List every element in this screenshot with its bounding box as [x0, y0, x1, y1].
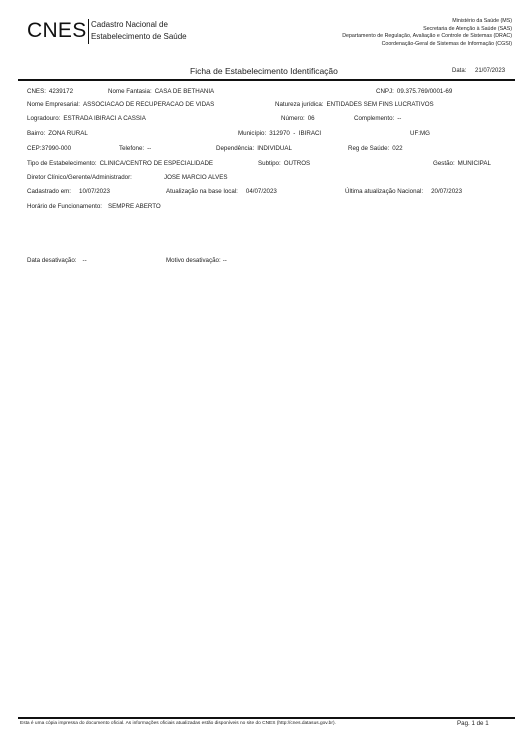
field-ultima-atualizacao: Última atualização Nacional:20/07/2023: [345, 188, 462, 195]
field-value: --: [83, 257, 87, 264]
field-label: Telefone:: [119, 145, 144, 152]
field-cadastrado-em: Cadastrado em:10/07/2023: [27, 188, 110, 195]
field-bairro: Bairro:ZONA RURAL: [27, 130, 88, 137]
field-label: Logradouro:: [27, 115, 60, 122]
field-label: CEP:: [27, 145, 41, 152]
field-value: --: [223, 257, 227, 264]
field-diretor: Diretor Clínico/Gerente/Administrador:: [27, 174, 132, 181]
field-complemento: Complemento:--: [354, 115, 401, 122]
field-label: Atualização na base local:: [166, 188, 238, 195]
field-label: Nome Fantasia:: [108, 88, 152, 95]
logo-divider: [88, 19, 89, 44]
field-natureza-juridica: Natureza jurídica:ENTIDADES SEM FINS LUC…: [275, 101, 434, 108]
field-nome-empresarial: Nome Empresarial:ASSOCIACAO DE RECUPERAC…: [27, 101, 214, 108]
field-motivo-desativacao: Motivo desativação:--: [166, 257, 227, 264]
date-label: Data:: [452, 68, 466, 74]
field-label: CNES:: [27, 88, 46, 95]
field-diretor-value: JOSE MARCIO ALVES: [164, 174, 228, 181]
field-label: Bairro:: [27, 130, 45, 137]
field-municipio: Município:312970 - IBIRACI: [238, 130, 321, 137]
logo-subtitle: Cadastro Nacional de Estabelecimento de …: [91, 19, 187, 43]
field-label: Número:: [281, 115, 305, 122]
ministry-line: Coordenação-Geral de Sistemas de Informa…: [342, 41, 512, 49]
field-value: 37990-000: [41, 145, 71, 152]
field-atualizacao-local: Atualização na base local:04/07/2023: [166, 188, 277, 195]
footer-note: Esta é uma cópia impressa do documento o…: [20, 721, 336, 726]
field-value: --: [397, 115, 401, 122]
field-cnes: CNES:4239172: [27, 88, 73, 95]
field-label: Última atualização Nacional:: [345, 188, 423, 195]
document-title: Ficha de Estabelecimento Identificação: [190, 66, 338, 76]
ministry-line: Departamento de Regulação, Avaliação e C…: [342, 33, 512, 41]
field-cep: CEP:37990-000: [27, 145, 71, 152]
field-gestao: Gestão:MUNICIPAL: [433, 160, 491, 167]
field-label: Horário de Funcionamento:: [27, 203, 102, 210]
field-logradouro: Logradouro:ESTRADA IBIRACI A CASSIA: [27, 115, 146, 122]
date-value: 21/07/2023: [475, 68, 505, 74]
field-label: Subtipo:: [258, 160, 281, 167]
field-value: JOSE MARCIO ALVES: [164, 174, 228, 181]
field-value: 312970 - IBIRACI: [269, 130, 321, 137]
field-value: ENTIDADES SEM FINS LUCRATIVOS: [327, 101, 434, 108]
field-data-desativacao: Data desativação:--: [27, 257, 87, 264]
field-value: 022: [392, 145, 402, 152]
field-label: Município:: [238, 130, 266, 137]
field-label: Nome Empresarial:: [27, 101, 80, 108]
bottom-divider: [18, 717, 515, 719]
field-value: MG: [420, 130, 430, 137]
ministry-line: Secretaria de Atenção à Saúde (SAS): [342, 26, 512, 34]
field-cnpj: CNPJ:09.375.769/0001-69: [376, 88, 452, 95]
field-value: 20/07/2023: [431, 188, 462, 195]
field-value: 10/07/2023: [79, 188, 110, 195]
field-label: Tipo de Estabelecimento:: [27, 160, 97, 167]
field-value: ESTRADA IBIRACI A CASSIA: [63, 115, 146, 122]
field-dependencia: Dependência:INDIVIDUAL: [216, 145, 292, 152]
field-value: ASSOCIACAO DE RECUPERACAO DE VIDAS: [83, 101, 214, 108]
field-label: Natureza jurídica:: [275, 101, 324, 108]
field-label: Diretor Clínico/Gerente/Administrador:: [27, 174, 132, 181]
page-number: Pag. 1 de 1: [457, 720, 489, 727]
field-uf: UF:MG: [410, 130, 430, 137]
field-label: Data desativação:: [27, 257, 77, 264]
field-label: Complemento:: [354, 115, 394, 122]
field-label: UF:: [410, 130, 420, 137]
field-value: --: [147, 145, 151, 152]
field-label: CNPJ:: [376, 88, 394, 95]
field-value: ZONA RURAL: [48, 130, 88, 137]
logo-subtitle-line1: Cadastro Nacional de: [91, 19, 187, 31]
field-label: Gestão:: [433, 160, 455, 167]
field-value: 04/07/2023: [246, 188, 277, 195]
field-numero: Número:06: [281, 115, 315, 122]
field-value: CASA DE BETHANIA: [155, 88, 215, 95]
field-reg-saude: Reg de Saúde:022: [348, 145, 403, 152]
field-label: Motivo desativação:: [166, 257, 221, 264]
field-label: Cadastrado em:: [27, 188, 71, 195]
field-subtipo: Subtipo:OUTROS: [258, 160, 310, 167]
field-horario: Horário de Funcionamento:SEMPRE ABERTO: [27, 203, 161, 210]
field-label: Dependência:: [216, 145, 254, 152]
logo-subtitle-line2: Estabelecimento de Saúde: [91, 31, 187, 43]
field-nome-fantasia: Nome Fantasia:CASA DE BETHANIA: [108, 88, 214, 95]
field-value: 4239172: [49, 88, 73, 95]
field-value: CLINICA/CENTRO DE ESPECIALIDADE: [100, 160, 213, 167]
field-value: SEMPRE ABERTO: [108, 203, 161, 210]
top-divider: [18, 79, 515, 81]
field-value: 06: [308, 115, 315, 122]
field-label: Reg de Saúde:: [348, 145, 389, 152]
field-value: MUNICIPAL: [458, 160, 491, 167]
cnes-logo: CNES: [27, 19, 87, 43]
ministry-block: Ministério da Saúde (MS) Secretaria de A…: [342, 18, 512, 48]
field-tipo-estabelecimento: Tipo de Estabelecimento:CLINICA/CENTRO D…: [27, 160, 213, 167]
field-value: INDIVIDUAL: [257, 145, 292, 152]
ministry-line: Ministério da Saúde (MS): [342, 18, 512, 26]
field-value: 09.375.769/0001-69: [397, 88, 452, 95]
field-value: OUTROS: [284, 160, 310, 167]
field-telefone: Telefone:--: [119, 145, 151, 152]
